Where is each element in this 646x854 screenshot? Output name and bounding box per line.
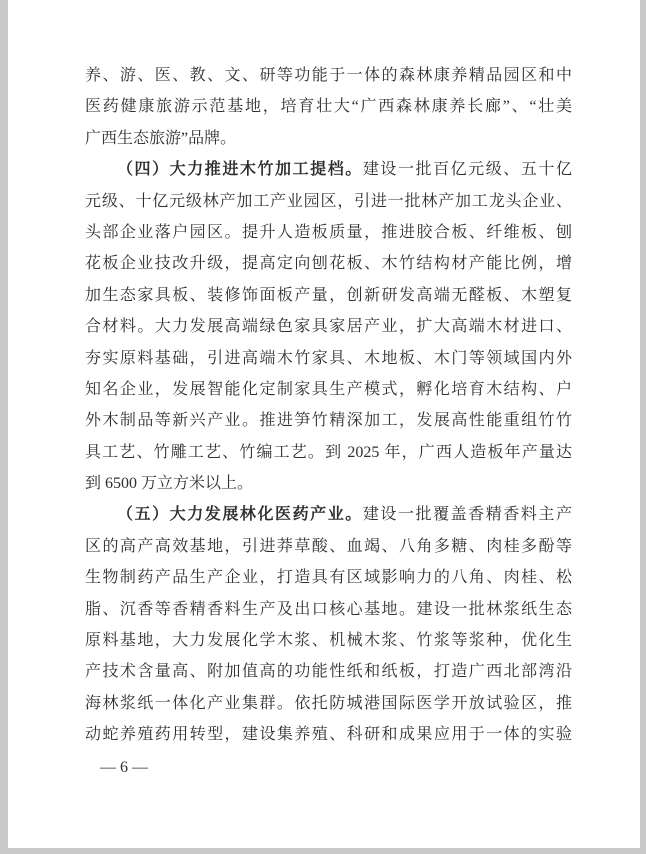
text-line: 花板企业技改升级，提高定向刨花板、木竹结构材产能比例，增 [85,248,572,279]
text-line: 头部企业落户园区。提升人造板质量，推进胶合板、纤维板、刨 [85,217,572,248]
text-line: 脂、沉香等香精香料生产及出口核心基地。建设一批林浆纸生态 [85,594,572,625]
text-line: 元级、十亿元级林产加工产业园区，引进一批林产加工龙头企业、 [85,186,572,217]
text-line: 到 6500 万立方米以上。 [85,468,572,499]
text-line: 知名企业，发展智能化定制家具生产模式，孵化培育木结构、户 [85,374,572,405]
text-line: 养、游、医、教、文、研等功能于一体的森林康养精品园区和中 [85,60,572,91]
text-line: 医药健康旅游示范基地，培育壮大“广西森林康养长廊”、“壮美 [85,91,572,122]
text-line: 生物制药产品生产企业，打造具有区域影响力的八角、肉桂、松 [85,562,572,593]
scanned-document-background: 养、游、医、教、文、研等功能于一体的森林康养精品园区和中医药健康旅游示范基地，培… [0,0,646,854]
text-line: 海林浆纸一体化产业集群。依托防城港国际医学开放试验区，推 [85,688,572,719]
document-text-block: 养、游、医、教、文、研等功能于一体的森林康养精品园区和中医药健康旅游示范基地，培… [85,60,572,751]
paragraph-heading-line: （五）大力发展林化医药产业。建设一批覆盖香精香料主产 [85,499,572,530]
text-line: 合材料。大力发展高端绿色家具家居产业，扩大高端木材进口、 [85,311,572,342]
document-page: 养、游、医、教、文、研等功能于一体的森林康养精品园区和中医药健康旅游示范基地，培… [8,0,640,848]
paragraph-heading-line: （四）大力推进木竹加工提档。建设一批百亿元级、五十亿 [85,154,572,185]
section-heading: （五）大力发展林化医药产业。 [117,506,363,523]
text-line: 外木制品等新兴产业。推进笋竹精深加工，发展高性能重组竹竹 [85,405,572,436]
text-line: 夯实原料基础，引进高端木竹家具、木地板、木门等领域国内外 [85,343,572,374]
text-line: 广西生态旅游”品牌。 [85,123,572,154]
text-line: 加生态家具板、装修饰面板产量，创新研发高端无醛板、木塑复 [85,280,572,311]
text-line: 产技术含量高、附加值高的功能性纸和纸板，打造广西北部湾沿 [85,656,572,687]
section-heading: （四）大力推进木竹加工提档。 [117,161,363,178]
text-line: 动蛇养殖药用转型，建设集养殖、科研和成果应用于一体的实验 [85,719,572,750]
text-line: 原料基地，大力发展化学木浆、机械木浆、竹浆等浆种，优化生 [85,625,572,656]
text-line: 区的高产高效基地，引进莽草酸、血竭、八角多糖、肉桂多酚等 [85,531,572,562]
text-line: 具工艺、竹雕工艺、竹编工艺。到 2025 年，广西人造板年产量达 [85,437,572,468]
page-number: — 6 — [100,758,572,778]
